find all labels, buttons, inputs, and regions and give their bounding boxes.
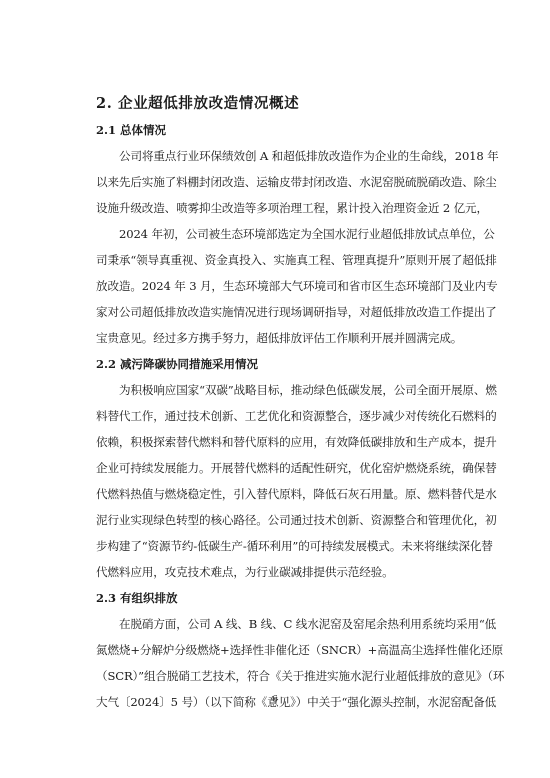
text-line: 企业可持续发展能力。开展替代燃料的适配性研究，优化窑炉燃烧系统，确保替: [96, 455, 454, 481]
text-line: 家对公司超低排放改造实施情况进行现场调研指导，对超低排放改造工作提出了: [96, 299, 454, 325]
text-line: 氮燃烧+分解炉分级燃烧+选择性非催化还（SNCR）+高温高尘选择性催化还原: [96, 637, 454, 663]
paragraph-carbon-reduction: 为积极响应国家“双碳”战略目标，推动绿色低碳发展，公司全面开展原、燃 料替代工作…: [96, 377, 454, 585]
subsection-heading-2-3: 2.3 有组织排放: [96, 585, 454, 611]
text-line: 泥行业实现绿色转型的核心路径。公司通过技术创新、资源整合和管理优化，初: [96, 507, 454, 533]
page-number: 6: [0, 695, 550, 705]
text-line: 以来先后实施了料棚封闭改造、运输皮带封闭改造、水泥窑脱硫脱硝改造、除尘: [96, 169, 454, 195]
subsection-heading-2-1: 2.1 总体情况: [96, 117, 454, 143]
text-line: 司秉承“领导真重视、资金真投入、实施真工程、管理真提升”原则开展了超低排: [96, 247, 454, 273]
paragraph-overall-situation: 公司将重点行业环保绩效创 A 和超低排放改造作为企业的生命线，2018 年 以来…: [96, 143, 454, 221]
subsection-heading-2-2: 2.2 减污降碳协同措施采用情况: [96, 351, 454, 377]
text-line: 代燃料热值与燃烧稳定性，引入替代原料，降低石灰石用量。原、燃料替代是水: [96, 481, 454, 507]
text-line: （SCR）”组合脱硝工艺技术，符合《关于推进实施水泥行业超低排放的意见》（环: [96, 663, 454, 689]
document-page: 2. 企业超低排放改造情况概述 2.1 总体情况 公司将重点行业环保绩效创 A …: [0, 0, 550, 778]
text-line: 2024 年初，公司被生态环境部选定为全国水泥行业超低排放试点单位，公: [96, 221, 454, 247]
paragraph-pilot-unit: 2024 年初，公司被生态环境部选定为全国水泥行业超低排放试点单位，公 司秉承“…: [96, 221, 454, 351]
section-heading-2: 2. 企业超低排放改造情况概述: [96, 91, 454, 117]
text-line: 宝贵意见。经过多方携手努力，超低排放评估工作顺利开展并圆满完成。: [96, 325, 454, 351]
text-line: 步构建了“资源节约-低碳生产-循环利用”的可持续发展模式。未来将继续深化替: [96, 533, 454, 559]
text-line: 为积极响应国家“双碳”战略目标，推动绿色低碳发展，公司全面开展原、燃: [96, 377, 454, 403]
text-line: 代燃料应用，攻克技术难点，为行业碳减排提供示范经验。: [96, 559, 454, 585]
text-line: 依赖，积极探索替代燃料和替代原料的应用，有效降低碳排放和生产成本，提升: [96, 429, 454, 455]
text-line: 设施升级改造、喷雾抑尘改造等多项治理工程，累计投入治理资金近 2 亿元，: [96, 195, 454, 221]
document-body: 2. 企业超低排放改造情况概述 2.1 总体情况 公司将重点行业环保绩效创 A …: [96, 91, 454, 715]
text-line: 在脱硝方面，公司 A 线、B 线、C 线水泥窑及窑尾余热利用系统均采用“低: [96, 611, 454, 637]
text-line: 公司将重点行业环保绩效创 A 和超低排放改造作为企业的生命线，2018 年: [96, 143, 454, 169]
text-line: 放改造。2024 年 3 月，生态环境部大气环境司和省市区生态环境部门及业内专: [96, 273, 454, 299]
text-line: 料替代工作，通过技术创新、工艺优化和资源整合，逐步减少对传统化石燃料的: [96, 403, 454, 429]
